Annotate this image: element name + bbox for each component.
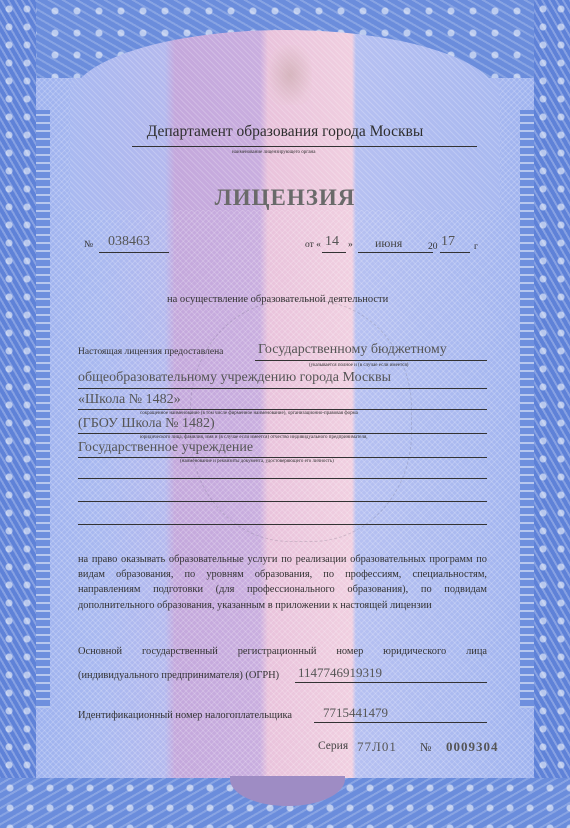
number-label: №	[84, 240, 93, 250]
series-value: 77Л01	[357, 739, 397, 755]
licensee-line-5: Государственное учреждение	[78, 440, 253, 456]
license-document: Департамент образования города Москвы на…	[0, 0, 570, 828]
date-prefix: от «	[305, 240, 321, 250]
granted-label: Настоящая лицензия предоставлена	[78, 347, 223, 357]
ogrn-value: 1147746919319	[298, 665, 382, 681]
licensee-line-1: Государственному бюджетному	[258, 342, 447, 358]
licensee-underline-1	[255, 360, 487, 361]
issuer-caption: наименование лицензирующего органа	[232, 150, 315, 155]
day-underline	[322, 252, 346, 253]
year-underline	[440, 252, 470, 253]
caption-id-document: (наименование и реквизиты документа, удо…	[180, 459, 334, 464]
series-number: 0009304	[446, 739, 499, 755]
number-underline	[99, 252, 169, 253]
caption-full-name: (указывается полное и (в случае если име…	[309, 363, 408, 368]
licensee-underline-3	[78, 409, 487, 410]
blank-line-2	[78, 501, 487, 502]
ogrn-label-line-2: (индивидуального предпринимателя) (ОГРН)	[78, 670, 279, 681]
inn-value: 7715441479	[323, 705, 388, 721]
licensee-underline-4	[78, 433, 487, 434]
document-title: ЛИЦЕНЗИЯ	[0, 185, 570, 211]
license-number: 038463	[108, 234, 150, 250]
blank-line-1	[78, 478, 487, 479]
licensee-line-3: «Школа № 1482»	[78, 392, 181, 408]
date-year-prefix: 20	[428, 242, 438, 252]
ogrn-label-line-1: Основной государственный регистрационный…	[78, 646, 487, 657]
issuer-underline	[132, 146, 477, 147]
date-year-label: г	[474, 242, 478, 252]
inn-underline	[314, 722, 487, 723]
licensee-underline-2	[78, 388, 487, 389]
month-underline	[358, 252, 433, 253]
licensee-underline-5	[78, 457, 487, 458]
date-year: 17	[441, 234, 455, 250]
rights-text: на право оказывать образовательные услуг…	[78, 552, 487, 613]
inn-label: Идентификационный номер налогоплательщик…	[78, 710, 292, 721]
date-month: июня	[375, 236, 402, 251]
activity-text: на осуществление образовательной деятель…	[167, 294, 388, 305]
series-label: Серия	[318, 740, 348, 752]
date-day: 14	[325, 234, 339, 250]
date-day-close: »	[348, 240, 353, 250]
issuer-name: Департамент образования города Москвы	[0, 123, 570, 141]
licensee-line-2: общеобразовательному учреждению города М…	[78, 370, 391, 386]
ogrn-underline	[295, 682, 487, 683]
series-number-label: №	[420, 740, 431, 755]
blank-line-3	[78, 524, 487, 525]
licensee-line-4: (ГБОУ Школа № 1482)	[78, 416, 215, 432]
